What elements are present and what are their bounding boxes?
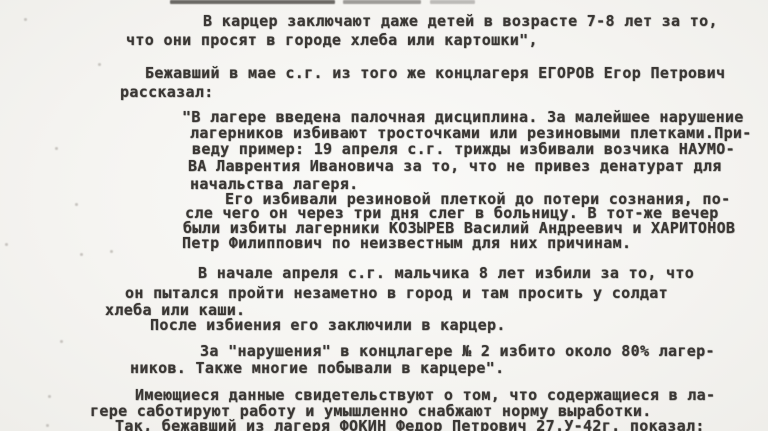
cutoff-text-fragment	[343, 0, 421, 4]
document-line: "В лагере введена палочная дисциплина. З…	[182, 110, 744, 125]
dust-speck	[75, 203, 78, 206]
document-line: После избиения его заключили в карцер.	[150, 318, 506, 333]
document-line: Бежавший в мае с.г. из того же концлагер…	[145, 66, 725, 81]
document-line: Петр Филиппович по неизвестным для них п…	[182, 236, 631, 251]
dust-speck	[60, 340, 63, 343]
document-line: что они просят в городе хлеба или картош…	[126, 33, 538, 48]
dust-speck	[80, 253, 83, 256]
document-line: ников. Также многие побывали в карцере".	[130, 361, 504, 376]
dust-speck	[5, 243, 8, 246]
dust-speck	[98, 63, 101, 66]
dust-speck	[55, 147, 58, 150]
scanned-document-page: В карцер заключают даже детей в возрасте…	[0, 0, 768, 431]
cutoff-text-fragment	[430, 0, 475, 4]
dust-speck	[48, 395, 51, 398]
dust-speck	[24, 18, 27, 21]
document-line: веду пример: 19 апреля с.г. трижды избив…	[192, 142, 735, 157]
document-line: За "нарушения" в концлагере № 2 избито о…	[200, 344, 715, 359]
document-line: лагерников избивают тросточками или рези…	[190, 126, 752, 141]
dust-speck	[110, 250, 113, 253]
cutoff-text-fragment	[170, 0, 335, 4]
document-line: Имеющиеся данные свидетельствуют о том, …	[135, 388, 715, 403]
document-line: ВА Лаврентия Ивановича за то, что не при…	[188, 159, 722, 174]
document-line: он пытался пройти незаметно в город и та…	[125, 286, 668, 301]
document-line: В начале апреля с.г. мальчика 8 лет изби…	[198, 266, 694, 281]
document-line: Так, бежавший из лагеря ФОКИН Федор Петр…	[115, 419, 705, 431]
dust-speck	[46, 424, 49, 427]
document-line: В карцер заключают даже детей в возрасте…	[203, 14, 718, 29]
document-line: рассказал:	[120, 85, 214, 100]
